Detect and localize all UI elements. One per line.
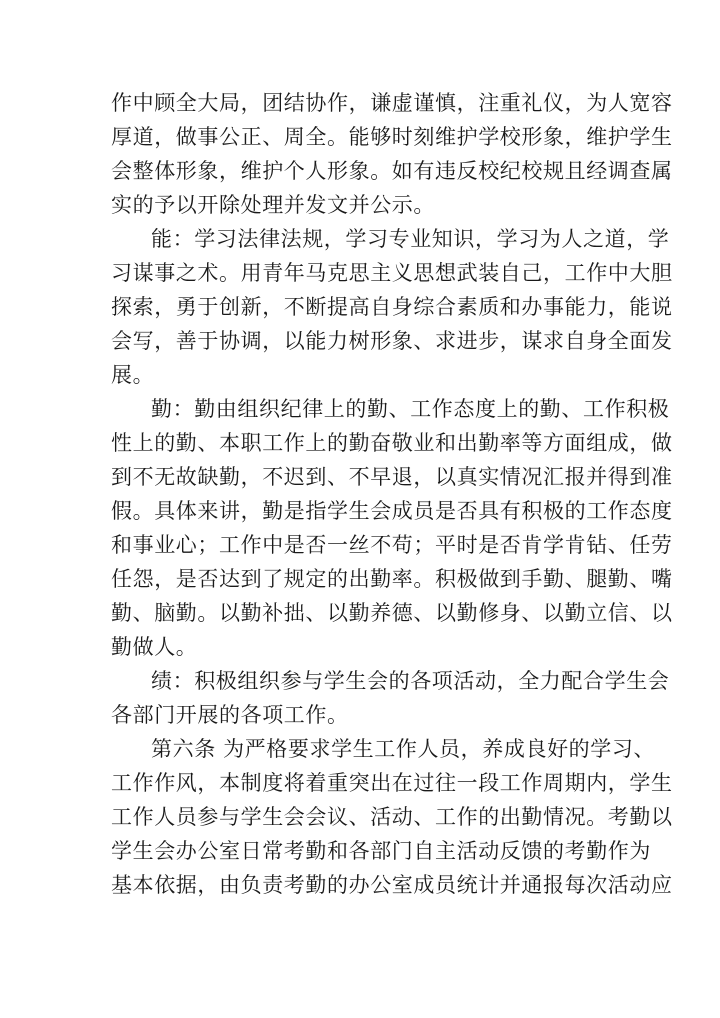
text-line: 习谋事之术。用青年马克思主义思想武装自己，工作中大胆 xyxy=(111,256,611,290)
text-line: 厚道，做事公正、周全。能够时刻维护学校形象，维护学生 xyxy=(111,120,611,154)
text-line: 探索，勇于创新，不断提高自身综合素质和办事能力，能说 xyxy=(111,290,611,324)
text-line: 勤做人。 xyxy=(111,630,611,664)
text-line: 展。 xyxy=(111,358,611,392)
paragraph-neng-start: 能：学习法律法规，学习专业知识，学习为人之道，学 xyxy=(111,222,611,256)
text-line: 会写，善于协调，以能力树形象、求进步，谋求自身全面发 xyxy=(111,324,611,358)
text-line: 勤、脑勤。以勤补拙、以勤养德、以勤修身、以勤立信、以 xyxy=(111,596,611,630)
document-page: 作中顾全大局，团结协作，谦虚谨慎，注重礼仪，为人宽容 厚道，做事公正、周全。能够… xyxy=(111,86,611,902)
text-line: 到不无故缺勤，不迟到、不早退，以真实情况汇报并得到准 xyxy=(111,460,611,494)
text-line: 作中顾全大局，团结协作，谦虚谨慎，注重礼仪，为人宽容 xyxy=(111,86,611,120)
text-line: 会整体形象，维护个人形象。如有违反校纪校规且经调查属 xyxy=(111,154,611,188)
text-line: 实的予以开除处理并发文并公示。 xyxy=(111,188,611,222)
text-line: 任怨，是否达到了规定的出勤率。积极做到手勤、腿勤、嘴 xyxy=(111,562,611,596)
paragraph-article-six-start: 第六条 为严格要求学生工作人员，养成良好的学习、 xyxy=(111,732,611,766)
text-line: 基本依据，由负责考勤的办公室成员统计并通报每次活动应 xyxy=(111,868,611,902)
paragraph-ji-start: 绩：积极组织参与学生会的各项活动，全力配合学生会 xyxy=(111,664,611,698)
text-line: 各部门开展的各项工作。 xyxy=(111,698,611,732)
text-line: 学生会办公室日常考勤和各部门自主活动反馈的考勤作为 xyxy=(111,834,611,868)
text-line: 工作人员参与学生会会议、活动、工作的出勤情况。考勤以 xyxy=(111,800,611,834)
text-line: 假。具体来讲，勤是指学生会成员是否具有积极的工作态度 xyxy=(111,494,611,528)
text-line: 性上的勤、本职工作上的勤奋敬业和出勤率等方面组成，做 xyxy=(111,426,611,460)
text-line: 工作作风，本制度将着重突出在过往一段工作周期内，学生 xyxy=(111,766,611,800)
text-line: 和事业心；工作中是否一丝不苟；平时是否肯学肯钻、任劳 xyxy=(111,528,611,562)
paragraph-qin-start: 勤：勤由组织纪律上的勤、工作态度上的勤、工作积极 xyxy=(111,392,611,426)
